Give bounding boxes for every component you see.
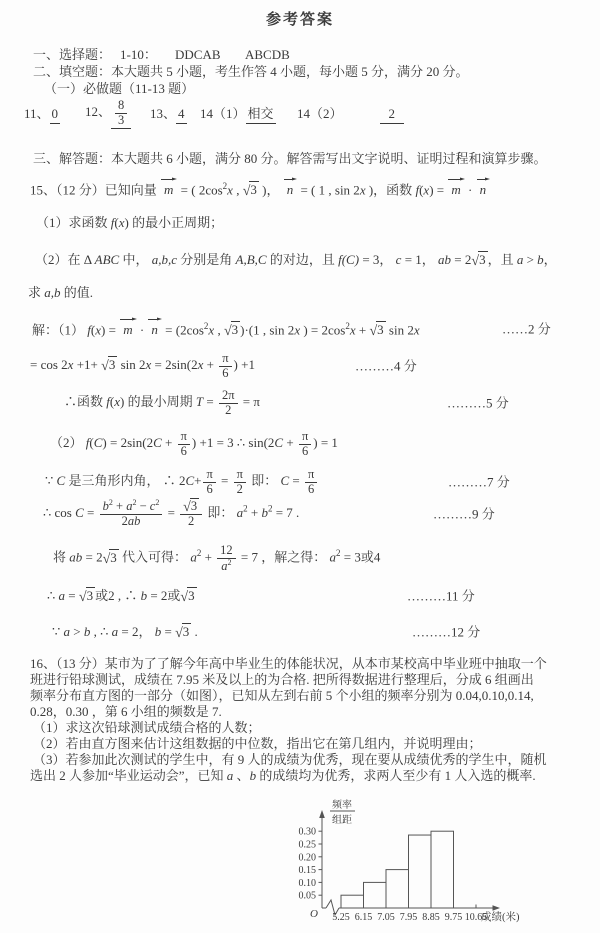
text-run: + — [113, 499, 126, 513]
text-run: 3 — [183, 624, 190, 639]
math-variable: C — [185, 473, 194, 488]
svg-text:0.15: 0.15 — [299, 865, 317, 876]
doc-line: 0.28，0.30 ，第 6 小组的频数是 7. — [30, 703, 222, 720]
text-run: 6 — [222, 366, 228, 380]
text-run: 6 — [207, 482, 213, 496]
text-run: = 2， — [118, 624, 155, 639]
fraction: √32 — [180, 499, 202, 529]
text-run: 3 — [110, 550, 117, 565]
text-run: 0 — [52, 106, 59, 121]
text-run: 一、选择题： — [33, 47, 111, 62]
text-run: 12 — [220, 543, 233, 557]
doc-line: （3）若参加此次测试的学生中，有 9 人的成绩为优秀，现在要从成绩优秀的学生中，… — [33, 751, 547, 768]
svg-text:5.25: 5.25 — [332, 912, 350, 923]
text-run: ，且 — [488, 252, 517, 267]
text-run: 班进行铅球测试，成绩在 7.95 米及以上的为合格. 把所得数据进行整理后，分成… — [30, 672, 534, 687]
math-variable: A,B,C — [236, 252, 267, 267]
text-run: 的成绩均为优秀，求两人至少有 1 人入选的概率. — [256, 768, 536, 783]
text-run: = cos 2 — [30, 357, 68, 372]
text-run: ∴ — [47, 588, 59, 603]
text-run: 13、 — [150, 106, 176, 121]
doc-line: ∴ a = √3或2 , ∴ b = 2或√3………11 分 — [47, 587, 197, 605]
math-variable: ab — [69, 550, 82, 565]
text-run: = 3或4 — [341, 550, 381, 565]
text-run: = 2 — [82, 550, 102, 565]
doc-line: （2）若由直方图来估计这组数据的中位数，指出它在第几组内，并说明理由； — [33, 735, 482, 752]
doc-line: 频率分布直方图的一部分（如图），已知从左到右前 5 个小组的频率分别为 0.04… — [30, 687, 534, 704]
score-mark: ……2 分 — [502, 320, 551, 337]
text-run: 16、（13 分）某市为了了解今年高中毕业生的体能状况，从本市某校高中毕业班中抽… — [30, 656, 547, 671]
text-run: 、 — [233, 768, 249, 783]
text-run: ∵ — [52, 624, 64, 639]
text-run: = — [84, 505, 98, 520]
svg-text:7.05: 7.05 — [377, 912, 395, 923]
text-run: （1）求函数 — [36, 215, 111, 230]
doc-line: 将 ab = 2√3 代入可得： a2 + 12a2 = 7 ，解之得： a2 … — [53, 544, 380, 573]
math-variable: C — [280, 473, 289, 488]
doc-line: （2） f(C) = 2sin(2C + π6) +1 = 3 ∴ sin(2C… — [50, 430, 338, 458]
text-run: + — [194, 473, 201, 488]
svg-text:0.25: 0.25 — [299, 840, 317, 851]
text-run: ∴ cos — [43, 505, 75, 520]
doc-line: ∵ C 是三角形内角， ∴ 2C+π6 = π2 即： C = π6………7 分 — [45, 468, 319, 496]
text-run: 1-10： — [120, 47, 157, 62]
text-run: 3 — [109, 357, 116, 372]
text-run: 相交 — [248, 106, 274, 121]
text-run: 2π — [222, 388, 235, 402]
vector-overline: m — [448, 181, 463, 198]
doc-line: 1-10： — [120, 46, 157, 63]
text-run: （1）求这次铅球测试成绩合格的人数； — [33, 720, 261, 735]
math-variable: ab — [128, 514, 141, 528]
text-run: 15、（12 分）已知向量 — [30, 182, 160, 197]
text-run: = — [161, 624, 175, 639]
text-run: = — [164, 505, 178, 520]
text-run: + — [201, 550, 215, 565]
text-run: ) +1 — [234, 357, 255, 372]
doc-line: 求 a,b 的值. — [28, 284, 93, 301]
math-variable: C — [153, 435, 162, 450]
score-mark: ………9 分 — [433, 505, 495, 522]
text-run: π — [181, 429, 187, 443]
doc-line: DDCAB — [175, 46, 221, 63]
math-variable: f(C) — [338, 252, 359, 267]
histogram-svg: 0.050.100.150.200.250.305.256.157.057.95… — [285, 795, 595, 933]
text-run: ， — [544, 252, 557, 267]
text-run: 3 — [232, 322, 239, 337]
fraction: π2 — [234, 468, 246, 496]
text-run: = 2sin(2 — [151, 357, 197, 372]
text-run: DDCAB — [175, 47, 221, 62]
score-mark: ………11 分 — [407, 588, 475, 605]
square-root: √3 — [183, 499, 199, 514]
math-variable: a,b,c — [152, 252, 177, 267]
text-run: 中， — [119, 252, 152, 267]
doc-line: 三、解答题：本大题共 6 小题，满分 80 分。解答需写出文字说明、证明过程和演… — [33, 150, 547, 167]
text-run: 二、填空题：本大题共 5 小题，考生作答 4 小题，每小题 5 分，满分 20 … — [33, 64, 469, 79]
frequency-histogram: 0.050.100.150.200.250.305.256.157.057.95… — [285, 795, 595, 933]
doc-line: 16、（13 分）某市为了了解今年高中毕业生的体能状况，从本市某校高中毕业班中抽… — [30, 655, 547, 672]
text-run: ∴函数 — [64, 394, 106, 409]
text-run: π — [308, 467, 314, 481]
text-run: ) = 1 — [313, 435, 338, 450]
math-variable: C — [274, 435, 283, 450]
doc-line: 选出 2 人参加“毕业运动会”，已知 a 、b 的成绩均为优秀，求两人至少有 1… — [30, 767, 536, 784]
score-mark: ………7 分 — [448, 474, 510, 491]
text-run: ) +1 = 3 ∴ sin(2 — [192, 435, 275, 450]
doc-line: 一、选择题： — [33, 46, 111, 63]
text-run: + — [203, 357, 217, 372]
score-mark: ………4 分 — [355, 358, 417, 375]
vector-overline: m — [161, 181, 176, 198]
histogram-bar — [386, 870, 409, 908]
fraction: π6 — [305, 468, 317, 496]
text-run: = 7 ，解之得： — [238, 550, 330, 565]
text-run: = ( 2cos — [177, 182, 222, 197]
text-run: π — [206, 467, 212, 481]
math-variable: ABC — [95, 252, 120, 267]
text-run: 11、 — [24, 106, 50, 121]
text-run: π — [237, 467, 243, 481]
text-run: + — [356, 322, 370, 337]
text-run: sin 2 — [117, 357, 145, 372]
text-run: 3 — [377, 322, 384, 337]
text-run: 即： — [204, 505, 237, 520]
text-run: ) 的最小周期 — [120, 394, 196, 409]
text-run: 选出 2 人参加“毕业运动会”，已知 — [30, 768, 227, 783]
text-run: + — [248, 505, 262, 520]
text-run: sin 2 — [386, 322, 414, 337]
math-variable: x — [414, 322, 420, 337]
doc-line: 11、0 — [24, 105, 60, 124]
fraction: π6 — [219, 352, 231, 380]
svg-text:O: O — [310, 908, 318, 920]
text-run: 3 — [188, 588, 195, 603]
doc-line: ∴函数 f(x) 的最小周期 T = 2π2 = π………5 分 — [64, 389, 260, 417]
text-run: ) = — [101, 322, 119, 337]
score-mark: ………12 分 — [412, 624, 480, 641]
doc-line: 13、4 — [150, 105, 187, 124]
svg-text:7.95: 7.95 — [400, 912, 418, 923]
text-run: 三、解答题：本大题共 6 小题，满分 80 分。解答需写出文字说明、证明过程和演… — [33, 151, 547, 166]
text-run: π — [222, 351, 228, 365]
text-run: . — [191, 624, 198, 639]
math-variable: a,b — [44, 285, 60, 300]
histogram-bar — [431, 831, 454, 908]
doc-line: 14（1）相交 — [200, 105, 276, 124]
text-run: = (2cos — [162, 322, 204, 337]
svg-text:成绩(米): 成绩(米) — [481, 910, 520, 923]
fraction: 83 — [115, 99, 127, 127]
text-run: ABCDB — [245, 47, 290, 62]
text-run: , ∴ — [90, 624, 111, 639]
text-run: 代入可得： — [119, 550, 191, 565]
svg-text:8.85: 8.85 — [422, 912, 440, 923]
svg-text:0.20: 0.20 — [299, 852, 317, 863]
text-run: （2）在 Δ — [35, 252, 95, 267]
square-root: √3 — [243, 181, 259, 199]
text-run: ) = 2cos — [300, 322, 345, 337]
text-run: = — [203, 394, 217, 409]
math-variable: C — [57, 473, 66, 488]
text-run: = 2 — [451, 252, 471, 267]
text-run: = 3， — [359, 252, 396, 267]
text-run: 3 — [250, 182, 257, 197]
text-run: 即： — [248, 473, 281, 488]
vector-overline: n — [284, 181, 297, 198]
text-run: 6 — [302, 444, 308, 458]
vector-overline: m — [120, 321, 135, 338]
vector-overline: n — [477, 181, 490, 198]
text-run: > — [70, 624, 84, 639]
text-run: 2 — [225, 403, 231, 417]
text-run: , — [233, 182, 243, 197]
square-root: √3 — [101, 356, 117, 374]
doc-line: ABCDB — [245, 46, 290, 63]
fraction: 2π2 — [219, 389, 238, 417]
math-variable: C — [75, 505, 84, 520]
underlined-answer: 0 — [50, 105, 61, 124]
text-run: 的值. — [61, 285, 94, 300]
text-run: 将 — [53, 550, 69, 565]
doc-line: 12、83 — [85, 99, 131, 129]
square-root: √3 — [79, 587, 95, 605]
score-mark: ………5 分 — [447, 395, 509, 412]
superscript: 2 — [228, 558, 232, 567]
svg-text:频率: 频率 — [332, 798, 352, 811]
text-run: 6 — [181, 444, 187, 458]
doc-line: 解：（1） f(x) = m · n = (2cos2x , √3)·(1 , … — [32, 318, 420, 339]
text-run: )，函数 — [366, 182, 416, 197]
underlined-answer: 83 — [111, 99, 131, 129]
doc-line: 二、填空题：本大题共 5 小题，考生作答 4 小题，每小题 5 分，满分 20 … — [33, 63, 469, 80]
text-run: 解：（1） — [32, 322, 87, 337]
fraction: b2 + a2 − c22ab — [100, 499, 163, 528]
text-run: + — [283, 435, 297, 450]
text-run: = 2或 — [147, 588, 180, 603]
text-run: = — [65, 588, 79, 603]
text-run: （3）若参加此次测试的学生中，有 9 人的成绩为优秀，现在要从成绩优秀的学生中，… — [33, 752, 547, 767]
text-run: = 7 . — [272, 505, 299, 520]
text-run: 或2 , ∴ — [95, 588, 141, 603]
text-run: 12、 — [85, 104, 111, 119]
svg-text:0.05: 0.05 — [299, 891, 317, 902]
square-root: √3 — [224, 321, 240, 339]
text-run: = — [218, 473, 232, 488]
text-run: , — [214, 322, 224, 337]
text-run: π — [302, 429, 308, 443]
math-variable: T — [196, 394, 203, 409]
square-root: √3 — [180, 587, 196, 605]
doc-line: （1）求这次铅球测试成绩合格的人数； — [33, 719, 261, 736]
histogram-bar — [364, 882, 387, 908]
text-run: = ( 1 , sin 2 — [297, 182, 360, 197]
text-run: 3 — [87, 588, 94, 603]
text-run: 3 — [191, 499, 197, 513]
text-run: 2 — [188, 514, 194, 528]
fraction: π6 — [203, 468, 215, 496]
svg-text:9.75: 9.75 — [445, 912, 463, 923]
fraction: 12a2 — [217, 544, 236, 573]
page-title: 参考答案 — [0, 8, 600, 29]
square-root: √3 — [369, 321, 385, 339]
doc-line: 15、（12 分）已知向量 m = ( 2cos2x , √3 )， n = (… — [30, 178, 490, 199]
math-variable: ab — [438, 252, 451, 267]
vector-overline: n — [148, 321, 161, 338]
square-root: √3 — [175, 623, 191, 641]
svg-text:组距: 组距 — [332, 814, 352, 826]
text-run: )， — [259, 182, 283, 197]
text-run: 的对边，且 — [267, 252, 339, 267]
doc-line: 2 — [380, 105, 404, 124]
text-run: （一）必做题（11-13 题） — [44, 81, 194, 96]
answer-sheet-page: 参考答案 一、选择题：1-10：DDCABABCDB二、填空题：本大题共 5 小… — [0, 0, 600, 933]
svg-text:0.10: 0.10 — [299, 878, 317, 889]
text-run: 是三角形内角， ∴ 2 — [65, 473, 185, 488]
text-run: 4 — [178, 106, 185, 121]
svg-text:6.15: 6.15 — [355, 912, 373, 923]
text-run: 3 — [118, 113, 124, 127]
doc-line: ∵ a > b , ∴ a = 2， b = √3 .………12 分 — [52, 623, 198, 641]
text-run: 频率分布直方图的一部分（如图），已知从左到右前 5 个小组的频率分别为 0.04… — [30, 688, 534, 703]
text-run: （2） — [50, 435, 86, 450]
text-run: 2 — [237, 482, 243, 496]
underlined-answer: 2 — [380, 105, 404, 124]
text-run: 分别是角 — [177, 252, 236, 267]
doc-line: （一）必做题（11-13 题） — [44, 80, 194, 97]
text-run: ) = 2sin(2 — [102, 435, 153, 450]
histogram-bar — [409, 835, 432, 908]
text-run: 2 — [382, 106, 402, 121]
text-run: = 1， — [401, 252, 438, 267]
text-run: − — [136, 499, 149, 513]
text-run: · — [465, 182, 476, 197]
doc-line: 班进行铅球测试，成绩在 7.95 米及以上的为合格. 把所得数据进行整理后，分成… — [30, 671, 534, 688]
text-run: > — [523, 252, 537, 267]
text-run: 0.28，0.30 ，第 6 小组的频数是 7. — [30, 704, 222, 719]
text-run: （2）若由直方图来估计这组数据的中位数，指出它在第几组内，并说明理由； — [33, 736, 482, 751]
text-run: 14（2） — [297, 106, 343, 121]
square-root: √3 — [471, 251, 487, 269]
square-root: √3 — [103, 549, 119, 567]
doc-line: （1）求函数 f(x) 的最小正周期； — [36, 214, 223, 231]
fraction: π6 — [178, 430, 190, 458]
doc-line: （2）在 Δ ABC 中， a,b,c 分别是角 A,B,C 的对边，且 f(C… — [35, 251, 557, 269]
text-run: 8 — [118, 98, 124, 112]
doc-line: = cos 2x +1+ √3 sin 2x = 2sin(2x + π6) +… — [30, 352, 255, 380]
doc-line: 14（2） — [297, 105, 343, 122]
text-run: · — [137, 322, 148, 337]
text-run: 14（1） — [200, 106, 246, 121]
text-run: 6 — [308, 482, 314, 496]
histogram-bar — [341, 895, 364, 908]
text-run: 3 — [479, 252, 486, 267]
fraction: π6 — [299, 430, 311, 458]
text-run: = — [289, 473, 303, 488]
text-run: )·(1 , sin 2 — [240, 322, 294, 337]
superscript: 2 — [155, 498, 159, 507]
text-run: ) 的最小正周期； — [125, 215, 224, 230]
underlined-answer: 相交 — [246, 105, 276, 124]
text-run: ∵ — [45, 473, 57, 488]
text-run: 求 — [28, 285, 44, 300]
doc-line: ∴ cos C = b2 + a2 − c22ab = √32 即： a2 + … — [43, 499, 299, 529]
text-run: ) = — [429, 182, 447, 197]
text-run: + — [162, 435, 176, 450]
text-run: +1+ — [73, 357, 101, 372]
svg-text:0.30: 0.30 — [299, 827, 317, 838]
underlined-answer: 4 — [176, 105, 187, 124]
text-run: = π — [240, 394, 260, 409]
